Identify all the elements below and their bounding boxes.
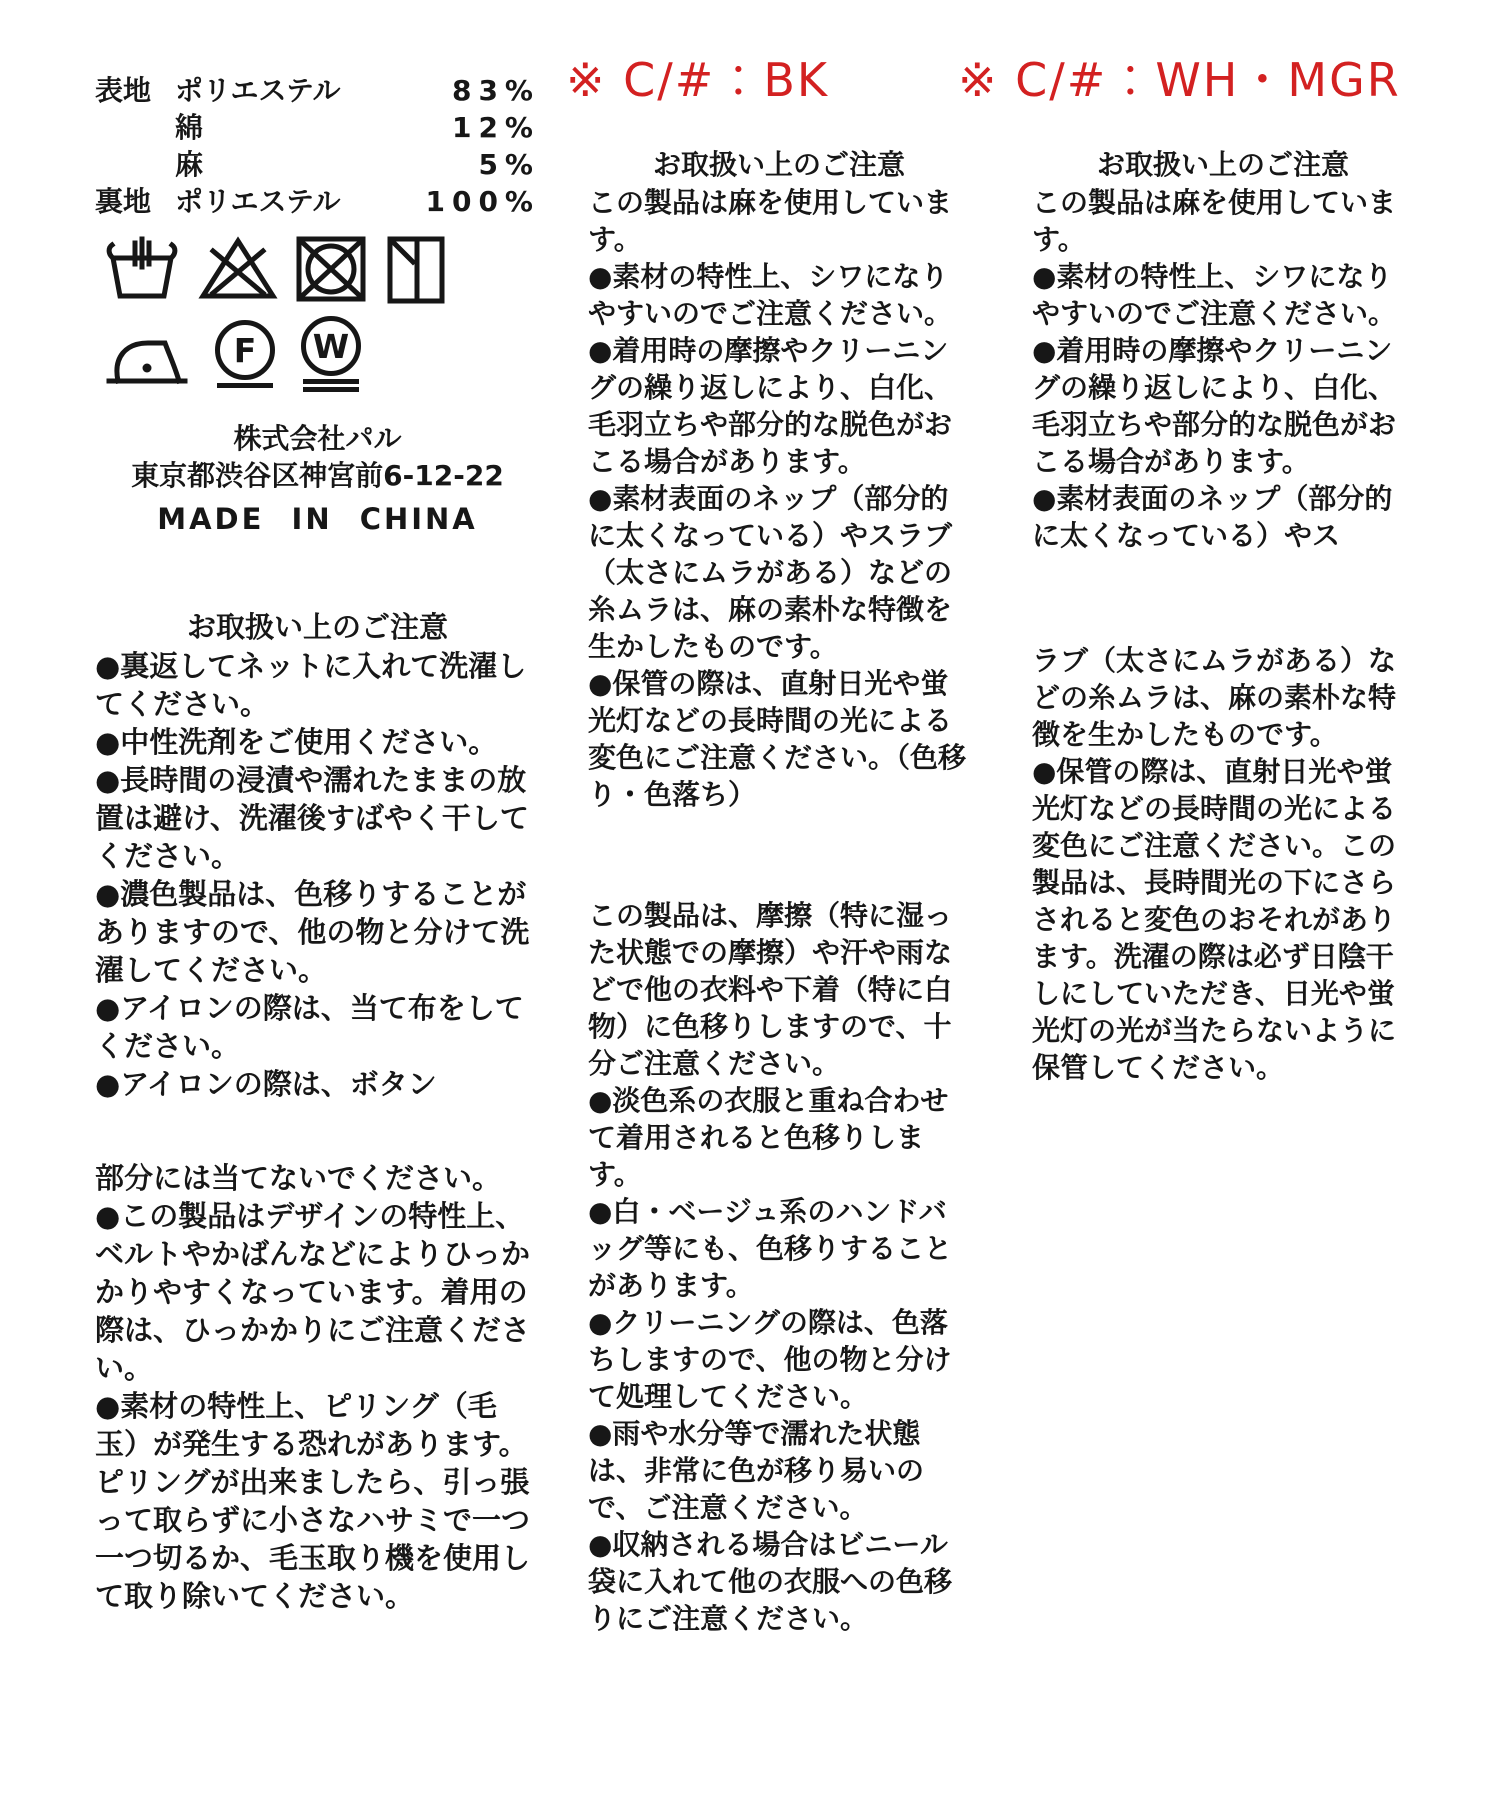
composition-part — [95, 146, 175, 183]
iron-icon — [105, 321, 189, 387]
hand-wash-icon — [101, 234, 183, 304]
note-paragraph: ●長時間の浸漬や濡れたままの放置は避け、洗濯後すばやく干してください。 — [95, 761, 540, 875]
note-paragraph: ●アイロンの際は、ボタン — [95, 1065, 540, 1103]
note-paragraph: この製品は、摩擦（特に湿った状態での摩擦）や汗や雨などで他の衣料や下着（特に白物… — [588, 897, 970, 1082]
left-care-notice: お取扱い上のご注意 ●裏返してネットに入れて洗濯してください。●中性洗剤をご使用… — [95, 608, 540, 1615]
gentle-bar — [303, 387, 359, 392]
composition-percent: 12% — [400, 109, 540, 146]
company-name: 株式会社パル — [95, 420, 540, 457]
care-notice-title: お取扱い上のご注意 — [1032, 146, 1414, 183]
care-notice-title: お取扱い上のご注意 — [588, 146, 970, 183]
composition-part — [95, 109, 175, 146]
composition-material: ポリエステル — [175, 72, 400, 109]
company-block: 株式会社パル 東京都渋谷区神宮前6-12-22 — [95, 420, 540, 494]
note-paragraph: ●クリーニングの際は、色落ちしますので、他の物と分けて処理してください。 — [588, 1304, 970, 1415]
note-paragraph: ●素材の特性上、シワになりやすいのでご注意ください。 — [1032, 258, 1414, 332]
note-paragraph: ●素材の特性上、ピリング（毛玉）が発生する恐れがあります。ピリングが出来ましたら… — [95, 1387, 540, 1615]
care-symbols-row-2: F W — [105, 316, 540, 392]
left-notes-block-1: ●裏返してネットに入れて洗濯してください。●中性洗剤をご使用ください。●長時間の… — [95, 647, 540, 1103]
left-notes-block-2: 部分には当てないでください。●この製品はデザインの特性上、ベルトやかばんなどによ… — [95, 1159, 540, 1615]
composition-row: 麻 5% — [95, 146, 540, 183]
care-label-scan: ※ C/#：BK ※ C/#：WH・MGR 表地 ポリエステル 83% 綿 12… — [0, 0, 1500, 1800]
bk-column: お取扱い上のご注意 この製品は麻を使用しています。●素材の特性上、シワになりやす… — [588, 146, 970, 1637]
wet-clean-letter: W — [301, 316, 361, 376]
wh-notes-block-2: ラブ（太さにムラがある）などの糸ムラは、麻の素朴な特徴を生かしたものです。●保管… — [1032, 642, 1414, 1086]
colorway-wh-header: ※ C/#：WH・MGR — [958, 44, 1401, 110]
composition-percent: 100% — [400, 183, 540, 220]
bk-notes-block-1: この製品は麻を使用しています。●素材の特性上、シワになりやすいのでご注意ください… — [588, 184, 970, 813]
note-paragraph: ●収納される場合はビニール袋に入れて他の衣服への色移りにご注意ください。 — [588, 1526, 970, 1637]
gentle-bar — [303, 379, 359, 384]
colorway-bk-header: ※ C/#：BK — [566, 44, 829, 110]
composition-part: 表地 — [95, 72, 175, 109]
composition-row: 綿 12% — [95, 109, 540, 146]
note-paragraph: ●保管の際は、直射日光や蛍光灯などの長時間の光による変色にご注意ください。（色移… — [588, 665, 970, 813]
company-address: 東京都渋谷区神宮前6-12-22 — [95, 457, 540, 494]
dry-clean-letter: F — [215, 320, 275, 380]
note-paragraph: ●淡色系の衣服と重ね合わせて着用されると色移りします。 — [588, 1082, 970, 1193]
note-paragraph: ●この製品はデザインの特性上、ベルトやかばんなどによりひっかかりやすくなっていま… — [95, 1197, 540, 1387]
note-paragraph: ●中性洗剤をご使用ください。 — [95, 723, 540, 761]
dry-clean-f-icon: F — [215, 320, 275, 388]
note-paragraph: ●濃色製品は、色移りすることがありますので、他の物と分けて洗濯してください。 — [95, 875, 540, 989]
note-paragraph: ●アイロンの際は、当て布をしてください。 — [95, 989, 540, 1065]
note-paragraph: ●白・ベージュ系のハンドバッグ等にも、色移りすることがあります。 — [588, 1193, 970, 1304]
note-paragraph: ●着用時の摩擦やクリーニングの繰り返しにより、白化、毛羽立ちや部分的な脱色がおこ… — [1032, 332, 1414, 480]
composition-material: 綿 — [175, 109, 400, 146]
care-notice-title: お取扱い上のご注意 — [95, 608, 540, 646]
note-paragraph: ラブ（太さにムラがある）などの糸ムラは、麻の素朴な特徴を生かしたものです。 — [1032, 642, 1414, 753]
note-paragraph: ●着用時の摩擦やクリーニングの繰り返しにより、白化、毛羽立ちや部分的な脱色がおこ… — [588, 332, 970, 480]
note-paragraph: ●素材の特性上、シワになりやすいのでご注意ください。 — [588, 258, 970, 332]
composition-part: 裏地 — [95, 183, 175, 220]
note-paragraph: ●雨や水分等で濡れた状態は、非常に色が移り易いので、ご注意ください。 — [588, 1415, 970, 1526]
note-paragraph: ●素材表面のネップ（部分的に太くなっている）やス — [1032, 480, 1414, 554]
composition-row: 表地 ポリエステル 83% — [95, 72, 540, 109]
composition-material: 麻 — [175, 146, 400, 183]
composition-percent: 83% — [400, 72, 540, 109]
composition-percent: 5% — [400, 146, 540, 183]
do-not-tumble-dry-icon — [293, 234, 369, 304]
note-paragraph: ●素材表面のネップ（部分的に太くなっている）やスラブ（太さにムラがある）などの糸… — [588, 480, 970, 665]
wh-notes-block-1: この製品は麻を使用しています。●素材の特性上、シワになりやすいのでご注意ください… — [1032, 184, 1414, 554]
gentle-bar — [217, 383, 273, 388]
note-paragraph: ●裏返してネットに入れて洗濯してください。 — [95, 647, 540, 723]
note-paragraph: この製品は麻を使用しています。 — [588, 184, 970, 258]
wet-clean-w-icon: W — [301, 316, 361, 392]
composition-material: ポリエステル — [175, 183, 400, 220]
do-not-bleach-icon — [198, 234, 278, 304]
care-symbols-row-1 — [101, 234, 540, 304]
left-column: 表地 ポリエステル 83% 綿 12% 麻 5% 裏地 ポリエステル 100% — [95, 72, 540, 1615]
line-dry-in-shade-icon — [384, 234, 446, 304]
note-paragraph: この製品は麻を使用しています。 — [1032, 184, 1414, 258]
note-paragraph: ●保管の際は、直射日光や蛍光灯などの長時間の光による変色にご注意ください。この製… — [1032, 753, 1414, 1086]
made-in-origin: MADE IN CHINA — [95, 502, 540, 536]
wh-mgr-column: お取扱い上のご注意 この製品は麻を使用しています。●素材の特性上、シワになりやす… — [1032, 146, 1414, 1086]
composition-row: 裏地 ポリエステル 100% — [95, 183, 540, 220]
note-paragraph: 部分には当てないでください。 — [95, 1159, 540, 1197]
bk-notes-block-2: この製品は、摩擦（特に湿った状態での摩擦）や汗や雨などで他の衣料や下着（特に白物… — [588, 897, 970, 1637]
composition-table: 表地 ポリエステル 83% 綿 12% 麻 5% 裏地 ポリエステル 100% — [95, 72, 540, 220]
